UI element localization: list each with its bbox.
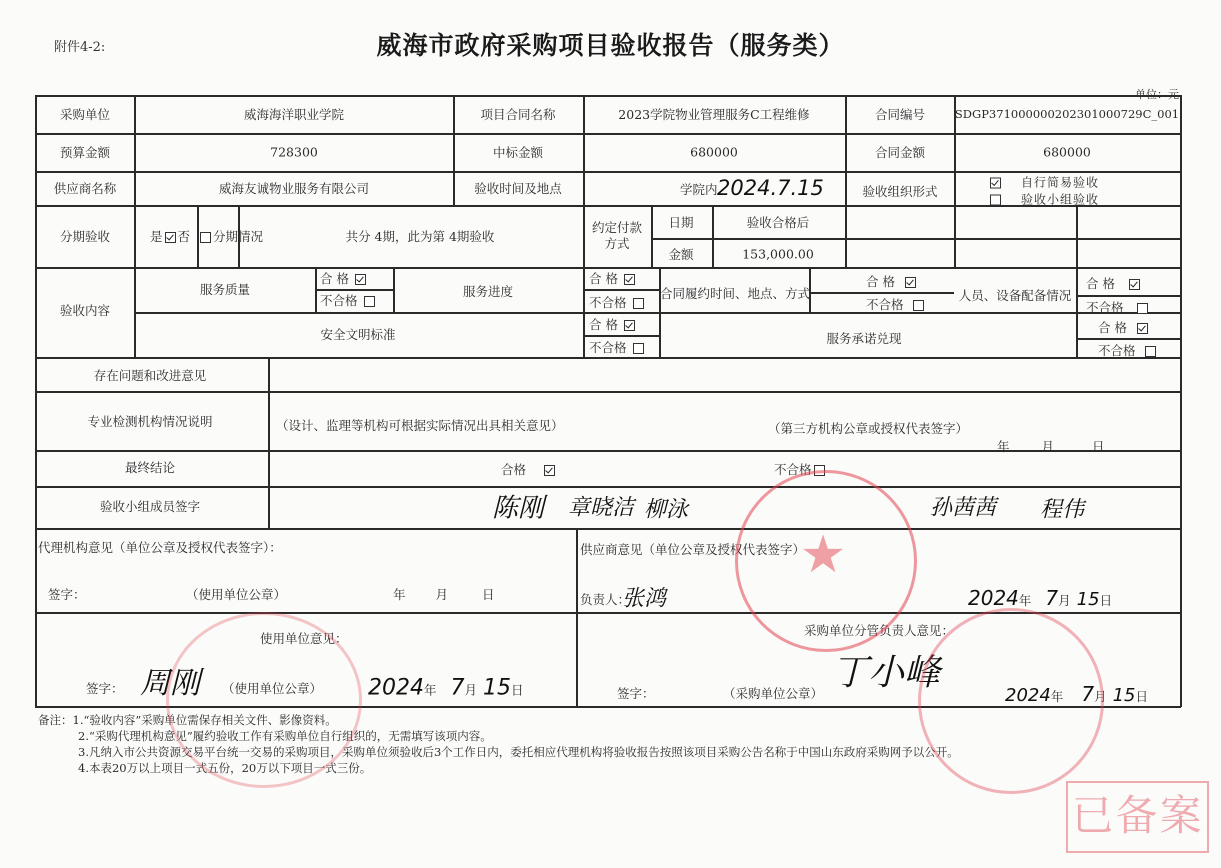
performance-pass[interactable]: 合 格: [866, 272, 918, 290]
payment-date-label: 日期: [668, 213, 693, 231]
budget-label: 预算金额: [60, 143, 110, 161]
contract-amount-value: 680000: [1043, 145, 1091, 160]
supplier-value: 威海友诚物业服务有限公司: [219, 179, 369, 197]
conclusion-fail[interactable]: 不合格: [774, 460, 827, 478]
contract-no-label: 合同编号: [875, 105, 925, 123]
signature-3: 柳泳: [644, 493, 688, 524]
page-title: 威海市政府采购项目验收报告（服务类）: [0, 26, 1221, 62]
contract-name-value: 2023学院物业管理服务C工程维修: [618, 105, 809, 123]
manager-signature: 丁小峰: [832, 645, 940, 696]
payment-method-label: 约定付款方式: [592, 220, 642, 252]
checkbox-checked-icon[interactable]: [1129, 279, 1140, 290]
supplier-label: 供应商名称: [54, 179, 117, 197]
payment-amount-label: 金额: [668, 245, 693, 263]
filed-stamp: 已备案: [1066, 781, 1209, 853]
checkbox-icon[interactable]: [1137, 303, 1148, 314]
agency-date: 年月日: [393, 585, 495, 603]
item-safety-standard: 安全文明标准: [320, 325, 395, 343]
conclusion-label: 最终结论: [125, 458, 175, 476]
bid-amount-value: 680000: [690, 145, 738, 160]
agency-title: 代理机构意见（单位公章及授权代表签字）：: [38, 538, 282, 556]
budget-value: 728300: [270, 145, 318, 160]
checkbox-checked-icon[interactable]: [1137, 323, 1148, 334]
contract-name-label: 项目合同名称: [480, 105, 555, 123]
agency-seal-note: （使用单位公章）: [186, 585, 286, 603]
org-form-label: 验收组织形式: [862, 182, 937, 200]
item-contract-performance: 合同履约时间、地点、方式: [660, 284, 810, 302]
footnotes: 备注：1.“验收内容”采购单位需保存相关文件、影像资料。 2.“采购代理机构意见…: [38, 712, 959, 776]
checkbox-icon[interactable]: [913, 300, 924, 311]
item-staff-equipment: 人员、设备配备情况: [959, 286, 1072, 304]
manager-sign-label: 签字：: [617, 684, 655, 702]
item-service-quality: 服务质量: [200, 280, 250, 298]
inspection-sign-note: （第三方机构公章或授权代表签字）: [768, 419, 968, 437]
signature-1: 陈刚: [492, 488, 544, 525]
user-seal-note: （使用单位公章）: [222, 679, 322, 697]
service-quality-pass[interactable]: 合 格: [320, 269, 368, 287]
checkbox-checked-icon[interactable]: [624, 320, 635, 331]
checkbox-icon[interactable]: [364, 296, 375, 307]
checkbox-icon[interactable]: [814, 465, 825, 476]
checkbox-checked-icon[interactable]: [624, 274, 635, 285]
signature-2: 章晓洁: [568, 491, 634, 522]
checkbox-checked-icon[interactable]: [990, 178, 1001, 189]
user-opinion-title: 使用单位意见：: [260, 629, 348, 647]
issues-label: 存在问题和改进意见: [94, 366, 207, 384]
manager-seal-note: （采购单位公章）: [723, 684, 823, 702]
checkbox-icon[interactable]: [633, 343, 644, 354]
item-service-commitment: 服务承诺兑现: [826, 329, 901, 347]
checkbox-icon[interactable]: [200, 232, 211, 243]
time-place-label: 验收时间及地点: [474, 179, 562, 197]
payment-amount-value: 153,000.00: [742, 247, 814, 262]
performance-fail[interactable]: 不合格: [866, 295, 926, 313]
service-quality-fail[interactable]: 不合格: [320, 291, 377, 309]
purchaser-value: 威海海洋职业学院: [244, 105, 344, 123]
content-label: 验收内容: [60, 301, 110, 319]
currency-unit: 单位：元: [1135, 86, 1179, 102]
user-signature: 周刚: [140, 658, 200, 702]
handwritten-date: 2024.7.15: [717, 176, 824, 200]
signature-4: 孙茜茜: [930, 491, 996, 522]
supplier-date: 2024年7月15日: [968, 586, 1112, 610]
user-date: 2024年7月15日: [368, 676, 524, 701]
service-progress-pass[interactable]: 合 格: [589, 269, 637, 287]
checkbox-icon[interactable]: [990, 195, 1001, 206]
inspection-note: （设计、监理等机构可根据实际情况出具相关意见）: [276, 416, 564, 434]
time-place-value: 学院内: [680, 180, 718, 198]
contract-no-value: SDGP371000000202301000729C_001: [955, 107, 1179, 121]
service-progress-fail[interactable]: 不合格: [589, 293, 646, 311]
installment-no-checkbox[interactable]: 分期情况: [198, 227, 263, 245]
purchaser-label: 采购单位: [60, 105, 110, 123]
staff-equipment-pass[interactable]: 合 格: [1086, 274, 1142, 292]
checkbox-checked-icon[interactable]: [355, 274, 366, 285]
commitment-pass[interactable]: 合 格: [1098, 318, 1150, 336]
org-form-option-team[interactable]: 验收小组验收: [988, 191, 1099, 208]
payment-date-value: 验收合格后: [747, 213, 810, 231]
staff-equipment-fail[interactable]: 不合格: [1086, 298, 1150, 316]
inspection-date: 年月日: [997, 437, 1105, 455]
commitment-fail[interactable]: 不合格: [1098, 341, 1158, 359]
installment-label: 分期验收: [60, 227, 110, 245]
contract-amount-label: 合同金额: [875, 143, 925, 161]
checkbox-checked-icon[interactable]: [165, 232, 176, 243]
safety-fail[interactable]: 不合格: [589, 338, 646, 356]
org-form-option-self[interactable]: 自行简易验收: [988, 174, 1099, 191]
manager-opinion-title: 采购单位分管负责人意见：: [804, 621, 954, 639]
inspection-label: 专业检测机构情况说明: [87, 412, 212, 430]
installment-yes-no[interactable]: 是否: [150, 227, 190, 245]
checkbox-icon[interactable]: [633, 298, 644, 309]
agency-sign-label: 签字：: [48, 585, 86, 603]
bid-amount-label: 中标金额: [493, 143, 543, 161]
seal-star-icon: ★: [800, 525, 847, 585]
safety-pass[interactable]: 合 格: [589, 315, 637, 333]
installment-situation: 共分 4期，此为第 4期验收: [346, 227, 495, 245]
checkbox-icon[interactable]: [1145, 346, 1156, 357]
item-service-progress: 服务进度: [463, 282, 513, 300]
signature-5: 程伟: [1040, 493, 1084, 524]
team-sign-label: 验收小组成员签字: [100, 497, 200, 515]
supplier-signature: 张鸿: [622, 582, 666, 613]
supplier-opinion-title: 供应商意见（单位公章及授权代表签字）: [580, 540, 805, 558]
user-sign-label: 签字：: [86, 679, 124, 697]
manager-date: 2024年7月15日: [1005, 682, 1148, 706]
conclusion-pass[interactable]: 合格: [501, 460, 557, 478]
checkbox-checked-icon[interactable]: [544, 465, 555, 476]
checkbox-checked-icon[interactable]: [905, 277, 916, 288]
